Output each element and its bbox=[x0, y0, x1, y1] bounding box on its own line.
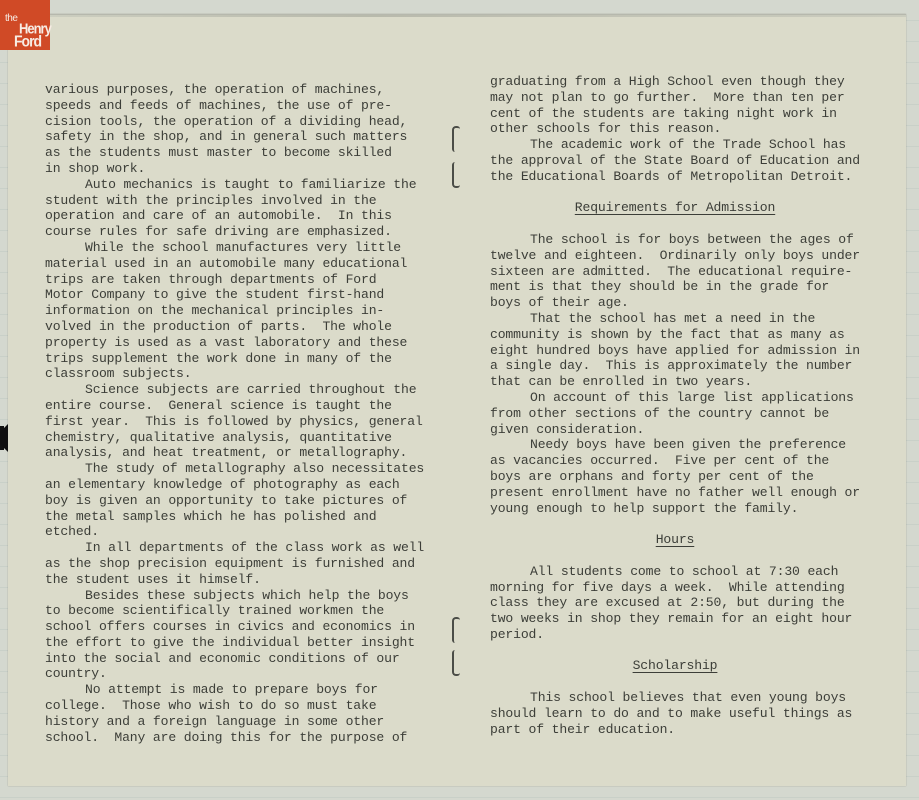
text-line: into the social and economic conditions … bbox=[45, 651, 445, 667]
section-heading-row: Scholarship bbox=[490, 643, 890, 690]
text-line: school. Many are doing this for the purp… bbox=[45, 730, 445, 746]
section-heading: Hours bbox=[656, 532, 695, 548]
text-line: That the school has met a need in the bbox=[490, 311, 890, 327]
section-heading-row: Requirements for Admission bbox=[490, 185, 890, 232]
margin-bracket-icon bbox=[452, 126, 460, 152]
text-line: This school believes that even young boy… bbox=[490, 690, 890, 706]
text-line: eight hundred boys have applied for admi… bbox=[490, 343, 890, 359]
text-line: boys of their age. bbox=[490, 295, 890, 311]
section-heading: Scholarship bbox=[633, 658, 718, 674]
left-edge-arrow-icon-tip bbox=[0, 424, 8, 452]
text-line: volved in the production of parts. The w… bbox=[45, 319, 445, 335]
text-line: information on the mechanical principles… bbox=[45, 303, 445, 319]
text-line: college. Those who wish to do so must ta… bbox=[45, 698, 445, 714]
text-line: sixteen are admitted. The educational re… bbox=[490, 264, 890, 280]
text-line: While the school manufactures very littl… bbox=[45, 240, 445, 256]
text-line: material used in an automobile many educ… bbox=[45, 256, 445, 272]
text-line: course rules for safe driving are emphas… bbox=[45, 224, 445, 240]
text-line: speeds and feeds of machines, the use of… bbox=[45, 98, 445, 114]
text-line: school offers courses in civics and econ… bbox=[45, 619, 445, 635]
text-line: in shop work. bbox=[45, 161, 445, 177]
text-line: may not plan to go further. More than te… bbox=[490, 90, 890, 106]
text-line: entire course. General science is taught… bbox=[45, 398, 445, 414]
text-line: part of their education. bbox=[490, 722, 890, 738]
text-line: an elementary knowledge of photography a… bbox=[45, 477, 445, 493]
margin-bracket-icon bbox=[452, 650, 460, 676]
text-line: first year. This is followed by physics,… bbox=[45, 414, 445, 430]
text-line: country. bbox=[45, 666, 445, 682]
text-line: cision tools, the operation of a dividin… bbox=[45, 114, 445, 130]
text-line: morning for five days a week. While atte… bbox=[490, 580, 890, 596]
text-line: The academic work of the Trade School ha… bbox=[490, 137, 890, 153]
text-line: The school is for boys between the ages … bbox=[490, 232, 890, 248]
section-heading: Requirements for Admission bbox=[575, 200, 775, 216]
text-line: twelve and eighteen. Ordinarily only boy… bbox=[490, 248, 890, 264]
text-line: the approval of the State Board of Educa… bbox=[490, 153, 890, 169]
text-line: etched. bbox=[45, 524, 445, 540]
text-line: classroom subjects. bbox=[45, 366, 445, 382]
text-line: should learn to do and to make useful th… bbox=[490, 706, 890, 722]
text-line: boys are orphans and forty per cent of t… bbox=[490, 469, 890, 485]
margin-bracket-icon bbox=[452, 617, 460, 643]
text-line: young enough to help support the family. bbox=[490, 501, 890, 517]
text-line: ment is that they should be in the grade… bbox=[490, 279, 890, 295]
text-line: community is shown by the fact that as m… bbox=[490, 327, 890, 343]
text-line: two weeks in shop they remain for an eig… bbox=[490, 611, 890, 627]
text-line: cent of the students are taking night wo… bbox=[490, 106, 890, 122]
text-line: a single day. This is approximately the … bbox=[490, 358, 890, 374]
text-line: analysis, and heat treatment, or metallo… bbox=[45, 445, 445, 461]
text-line: operation and care of an automobile. In … bbox=[45, 208, 445, 224]
text-line: Besides these subjects which help the bo… bbox=[45, 588, 445, 604]
text-line: period. bbox=[490, 627, 890, 643]
text-line: the effort to give the individual better… bbox=[45, 635, 445, 651]
text-line: The study of metallography also necessit… bbox=[45, 461, 445, 477]
text-line: that can be enrolled in two years. bbox=[490, 374, 890, 390]
text-line: safety in the shop, and in general such … bbox=[45, 129, 445, 145]
text-line: as vacancies occurred. Five per cent of … bbox=[490, 453, 890, 469]
text-line: trips are taken through departments of F… bbox=[45, 272, 445, 288]
left-column: various purposes, the operation of machi… bbox=[45, 82, 445, 745]
right-column: graduating from a High School even thoug… bbox=[490, 74, 890, 737]
logo-the: the bbox=[5, 13, 17, 24]
text-line: from other sections of the country canno… bbox=[490, 406, 890, 422]
text-line: graduating from a High School even thoug… bbox=[490, 74, 890, 90]
text-line: to become scientifically trained workmen… bbox=[45, 603, 445, 619]
text-line: Needy boys have been given the preferenc… bbox=[490, 437, 890, 453]
section-heading-row: Hours bbox=[490, 516, 890, 563]
text-line: other schools for this reason. bbox=[490, 121, 890, 137]
text-line: trips supplement the work done in many o… bbox=[45, 351, 445, 367]
text-line: various purposes, the operation of machi… bbox=[45, 82, 445, 98]
text-line: Motor Company to give the student first-… bbox=[45, 287, 445, 303]
text-line: the Educational Boards of Metropolitan D… bbox=[490, 169, 890, 185]
text-line: the metal samples which he has polished … bbox=[45, 509, 445, 525]
text-line: On account of this large list applicatio… bbox=[490, 390, 890, 406]
margin-bracket-icon bbox=[452, 162, 460, 188]
text-line: boy is given an opportunity to take pict… bbox=[45, 493, 445, 509]
text-line: as the students must master to become sk… bbox=[45, 145, 445, 161]
text-line: history and a foreign language in some o… bbox=[45, 714, 445, 730]
text-line: Auto mechanics is taught to familiarize … bbox=[45, 177, 445, 193]
henry-ford-logo: the Henry Ford bbox=[0, 0, 50, 50]
text-line: All students come to school at 7:30 each bbox=[490, 564, 890, 580]
text-line: given consideration. bbox=[490, 422, 890, 438]
text-line: property is used as a vast laboratory an… bbox=[45, 335, 445, 351]
text-line: student with the principles involved in … bbox=[45, 193, 445, 209]
logo-ford: Ford bbox=[14, 32, 41, 50]
text-line: the student uses it himself. bbox=[45, 572, 445, 588]
text-line: In all departments of the class work as … bbox=[45, 540, 445, 556]
text-line: chemistry, qualitative analysis, quantit… bbox=[45, 430, 445, 446]
text-line: No attempt is made to prepare boys for bbox=[45, 682, 445, 698]
text-line: Science subjects are carried throughout … bbox=[45, 382, 445, 398]
text-line: present enrollment have no father well e… bbox=[490, 485, 890, 501]
text-line: class they are excused at 2:50, but duri… bbox=[490, 595, 890, 611]
text-line: as the shop precision equipment is furni… bbox=[45, 556, 445, 572]
